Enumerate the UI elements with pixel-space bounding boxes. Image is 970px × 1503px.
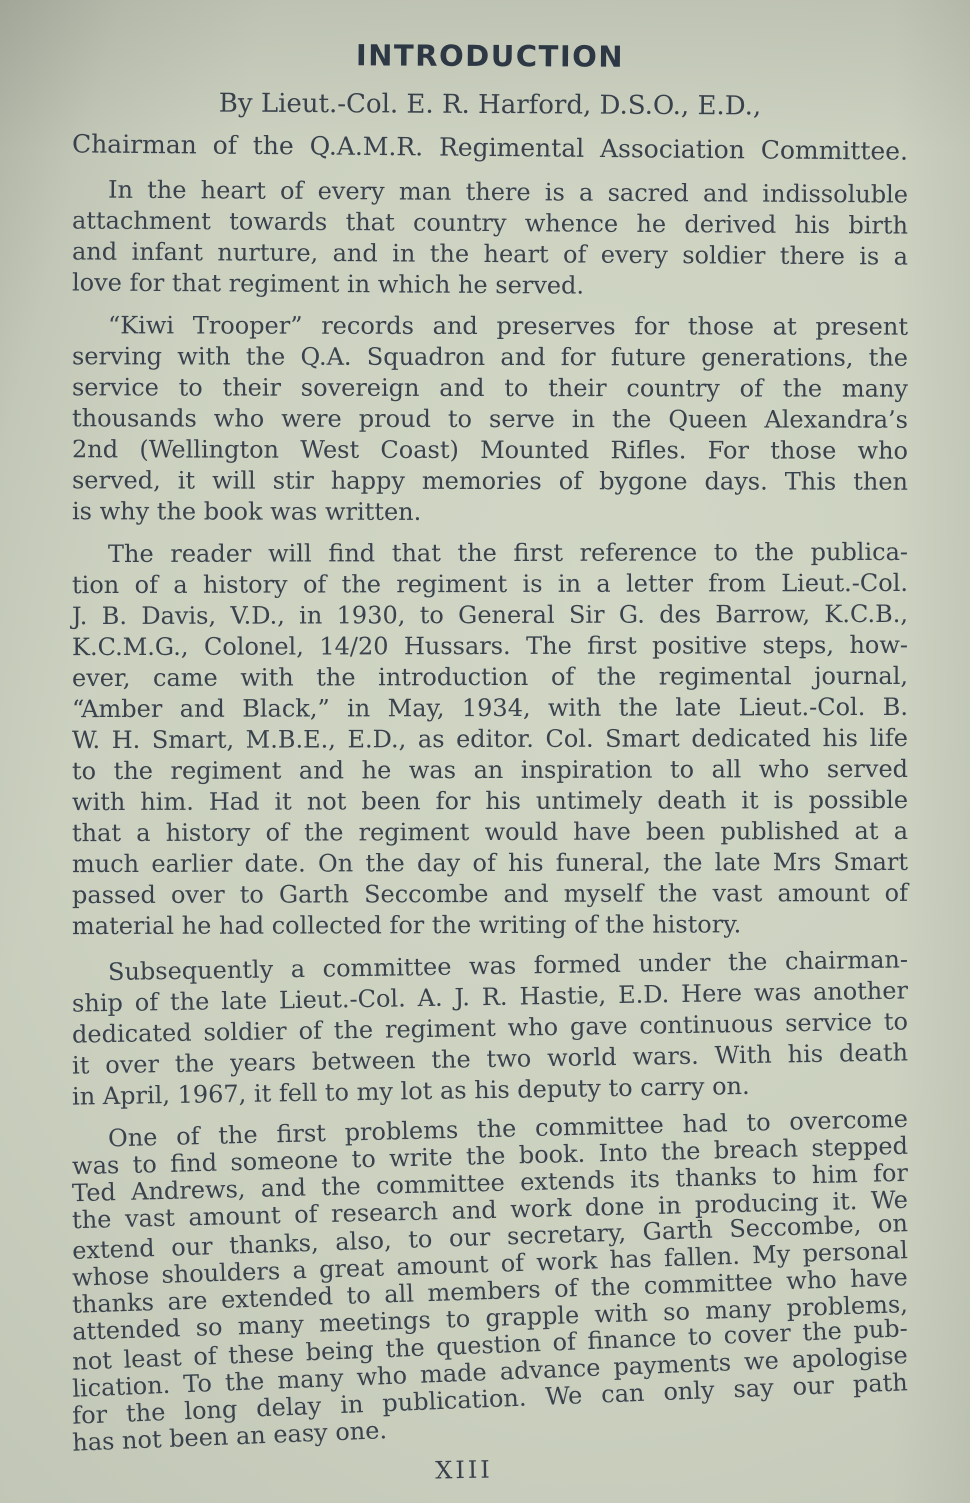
text-line: attachment towards that country whence h… — [72, 205, 908, 241]
paragraph-1: In the heart of every man there is a sac… — [72, 177, 908, 301]
text-line: K.C.M.G., Colonel, 14/20 Hussars. The fi… — [72, 630, 908, 663]
text-line: that a history of the regiment would hav… — [72, 816, 908, 849]
paragraph-5: One of the first problems the committee … — [72, 1116, 908, 1440]
text-line: to the regiment and he was an inspiratio… — [72, 754, 908, 787]
text-line: served, it will stir happy memories of b… — [72, 465, 908, 497]
text-line: “Kiwi Trooper” records and preserves for… — [72, 310, 908, 342]
text-line: is why the book was written. — [72, 496, 908, 528]
page-content: INTRODUCTION By Lieut.-Col. E. R. Harfor… — [0, 0, 970, 1484]
text-line: love for that regiment in which he serve… — [72, 267, 908, 303]
text-line: service to their sovereign and to their … — [72, 372, 908, 404]
paragraph-4: Subsequently a committee was formed unde… — [72, 951, 908, 1106]
byline-author: By Lieut.-Col. E. R. Harford, D.S.O., E.… — [72, 86, 908, 124]
text-line: “Amber and Black,” in May, 1934, with th… — [72, 692, 908, 725]
text-line: and infant nurture, and in the heart of … — [72, 236, 908, 272]
text-line: passed over to Garth Seccombe and myself… — [72, 878, 908, 911]
page-title: INTRODUCTION — [72, 36, 908, 76]
text-line: The reader will find that the first refe… — [72, 537, 908, 570]
page-number: XIII — [46, 1449, 882, 1492]
text-line: tion of a history of the regiment is in … — [72, 568, 908, 601]
text-line: In the heart of every man there is a sac… — [72, 174, 908, 210]
text-line: much earlier date. On the day of his fun… — [72, 847, 908, 880]
text-line: W. H. Smart, M.B.E., E.D., as editor. Co… — [72, 723, 908, 756]
paragraph-2: “Kiwi Trooper” records and preserves for… — [72, 311, 908, 528]
text-line: 2nd (Wellington West Coast) Mounted Rifl… — [72, 434, 908, 466]
paragraph-3: The reader will find that the first refe… — [72, 538, 908, 941]
text-line: thousands who were proud to serve in the… — [72, 403, 908, 435]
byline-role: Chairman of the Q.A.M.R. Regimental Asso… — [72, 127, 908, 167]
text-line: serving with the Q.A. Squadron and for f… — [72, 341, 908, 373]
text-line: with him. Had it not been for his untime… — [72, 785, 908, 818]
text-line: ever, came with the introduction of the … — [72, 661, 908, 694]
text-line: J. B. Davis, V.D., in 1930, to General S… — [72, 599, 908, 632]
book-page: INTRODUCTION By Lieut.-Col. E. R. Harfor… — [0, 0, 970, 1503]
text-line: material he had collected for the writin… — [72, 909, 908, 942]
